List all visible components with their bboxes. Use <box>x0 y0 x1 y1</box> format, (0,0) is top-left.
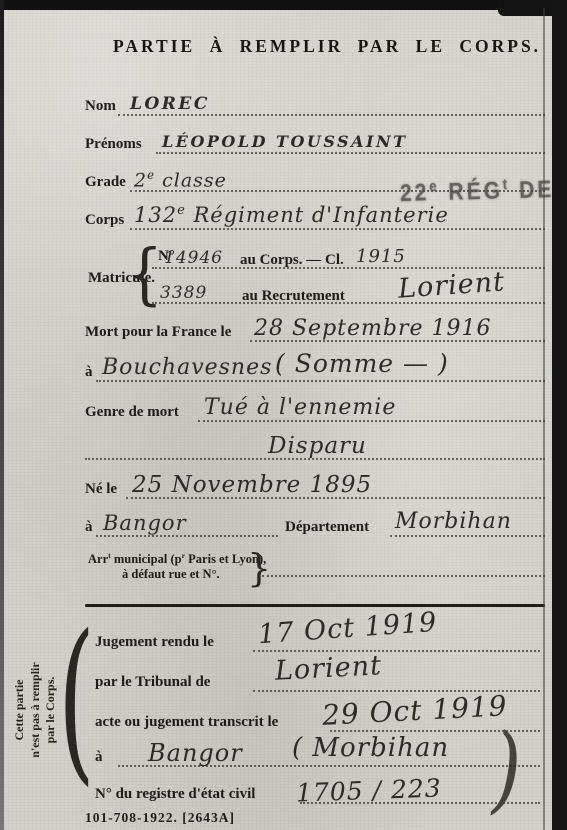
jugement-lieu-paren: ( Morbihan <box>292 733 449 763</box>
dotted-line <box>96 380 545 382</box>
prenoms-value: LÉOPOLD TOUSSAINT <box>162 132 408 151</box>
dotted-line <box>262 575 545 577</box>
arr-l1c: municipal (p <box>111 552 182 566</box>
genre-mort-value: Tué à l'ennemie <box>204 395 396 420</box>
mort-date-value: 28 Septembre 1916 <box>254 316 491 341</box>
grade-value: 2e classe <box>134 168 227 191</box>
au-recrutement-label: au Recrutement <box>242 288 345 305</box>
scanned-military-record-card: PARTIE À REMPLIR PAR LE CORPS. Nom LOREC… <box>0 0 567 830</box>
nom-value: LOREC <box>130 94 210 114</box>
mort-lieu-paren: ( Somme — ) <box>275 349 449 378</box>
registre-label: N° du registre d'état civil <box>95 786 255 803</box>
dotted-line <box>390 535 545 537</box>
transcrit-value: 29 Oct 1919 <box>321 689 508 732</box>
transcrit-label: acte ou jugement transcrit le <box>95 714 278 731</box>
naissance-date-value: 25 Novembre 1895 <box>132 472 372 498</box>
genre-mort-value2: Disparu <box>268 433 367 459</box>
stamp-de: DE <box>510 176 555 204</box>
mort-lieu-label: à <box>85 364 93 381</box>
scan-edge-left <box>0 0 4 830</box>
scan-fold-line <box>543 8 545 830</box>
departement-value: Morbihan <box>395 509 512 534</box>
nom-label: Nom <box>85 98 116 115</box>
jugement-rendu-value: 17 Oct 1919 <box>257 607 438 650</box>
recrutement-place-value: Lorient <box>397 266 506 304</box>
naissance-lieu-label: à <box>85 519 93 536</box>
side-note-line3: par le Corps. <box>43 677 57 744</box>
departement-label: Département <box>285 519 369 536</box>
classe-value: 1915 <box>356 246 406 267</box>
mort-lieu-value: Bouchavesnes <box>102 355 272 380</box>
matricule-recrutement-number: 3389 <box>160 283 207 303</box>
prenoms-label: Prénoms <box>85 136 142 153</box>
regiment-stamp: 22e RÉGt DE <box>400 174 555 208</box>
mort-label: Mort pour la France le <box>85 324 231 341</box>
tribunal-value: Lorient <box>274 650 382 687</box>
stamp-reg: RÉG <box>439 178 503 206</box>
arrondissement-brace: } <box>247 549 271 587</box>
corps-label: Corps <box>85 212 124 229</box>
stamp-ordinal: e <box>429 177 440 195</box>
dotted-line <box>198 420 545 422</box>
naissance-lieu-value: Bangor <box>103 511 187 535</box>
genre-mort-label: Genre de mort <box>85 404 179 421</box>
grade-ordinal: e <box>147 168 155 182</box>
jugement-lieu-label: à <box>95 749 103 766</box>
grade-rest: classe <box>155 169 227 191</box>
scan-edge-top <box>0 0 567 10</box>
stamp-number: 22 <box>400 180 430 207</box>
corps-ordinal: e <box>177 203 186 218</box>
matricule-brace: { <box>126 240 163 307</box>
side-note-line2: n'est pas à remplir <box>28 662 42 757</box>
dotted-line <box>253 650 540 652</box>
page-title: PARTIE À REMPLIR PAR LE CORPS. <box>113 36 541 57</box>
scan-edge-right <box>552 0 567 830</box>
au-corps-label: au Corps. — Cl. <box>240 252 344 269</box>
matricule-corps-number: 14946 <box>164 248 223 268</box>
dotted-line <box>152 302 545 304</box>
jugement-brace: ( <box>58 612 95 787</box>
tribunal-label: par le Tribunal de <box>95 674 210 691</box>
print-reference: 101-708-1922. [2643A] <box>85 810 235 826</box>
side-note-line1: Cette partie <box>12 680 26 741</box>
dotted-line <box>96 535 278 537</box>
arrondissement-label-line1: Arrt municipal (pr Paris et Lyon), <box>88 551 266 567</box>
jugement-lieu-value: Bangor <box>148 739 243 767</box>
arrondissement-label-line2: à défaut rue et N°. <box>122 567 220 582</box>
corps-number: 132 <box>134 203 177 227</box>
dotted-line <box>130 228 545 230</box>
dotted-line <box>156 152 545 154</box>
section-divider <box>85 604 545 607</box>
jugement-rendu-label: Jugement rendu le <box>95 634 214 651</box>
registre-value: 1705 / 223 <box>296 773 443 807</box>
grade-label: Grade <box>85 174 126 191</box>
dotted-line <box>118 114 545 116</box>
arr-l1a: Arr <box>88 552 108 566</box>
naissance-label: Né le <box>85 481 117 498</box>
grade-number: 2 <box>134 169 147 191</box>
